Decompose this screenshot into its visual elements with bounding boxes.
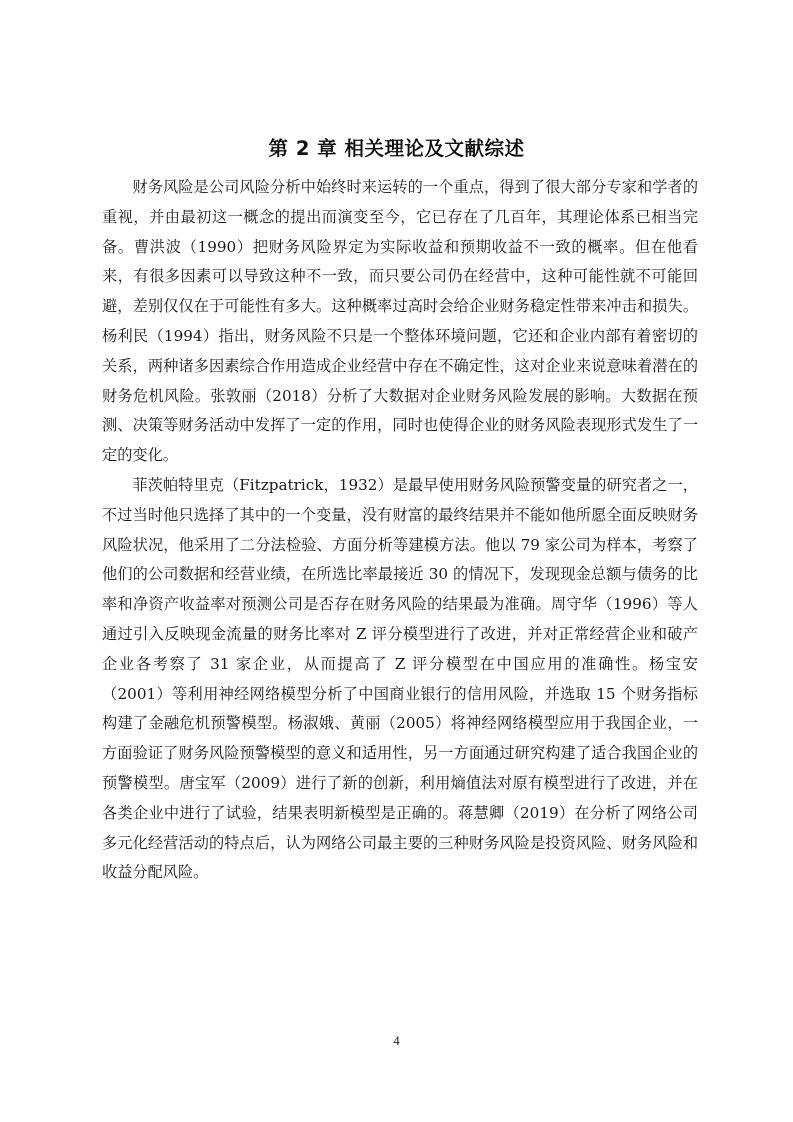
page-number: 4 <box>0 1033 793 1049</box>
paragraph-financial-risk-definition: 财务风险是公司风险分析中始终时来运转的一个重点，得到了很大部分专家和学者的重视，… <box>102 173 698 471</box>
chapter-body: 财务风险是公司风险分析中始终时来运转的一个重点，得到了很大部分专家和学者的重视，… <box>102 173 698 888</box>
document-page: 第 2 章 相关理论及文献综述 财务风险是公司风险分析中始终时来运转的一个重点，… <box>0 0 793 1122</box>
chapter-title: 第 2 章 相关理论及文献综述 <box>0 133 793 161</box>
paragraph-early-warning-research: 菲茨帕特里克（Fitzpatrick，1932）是最早使用财务风险预警变量的研究… <box>102 471 698 888</box>
